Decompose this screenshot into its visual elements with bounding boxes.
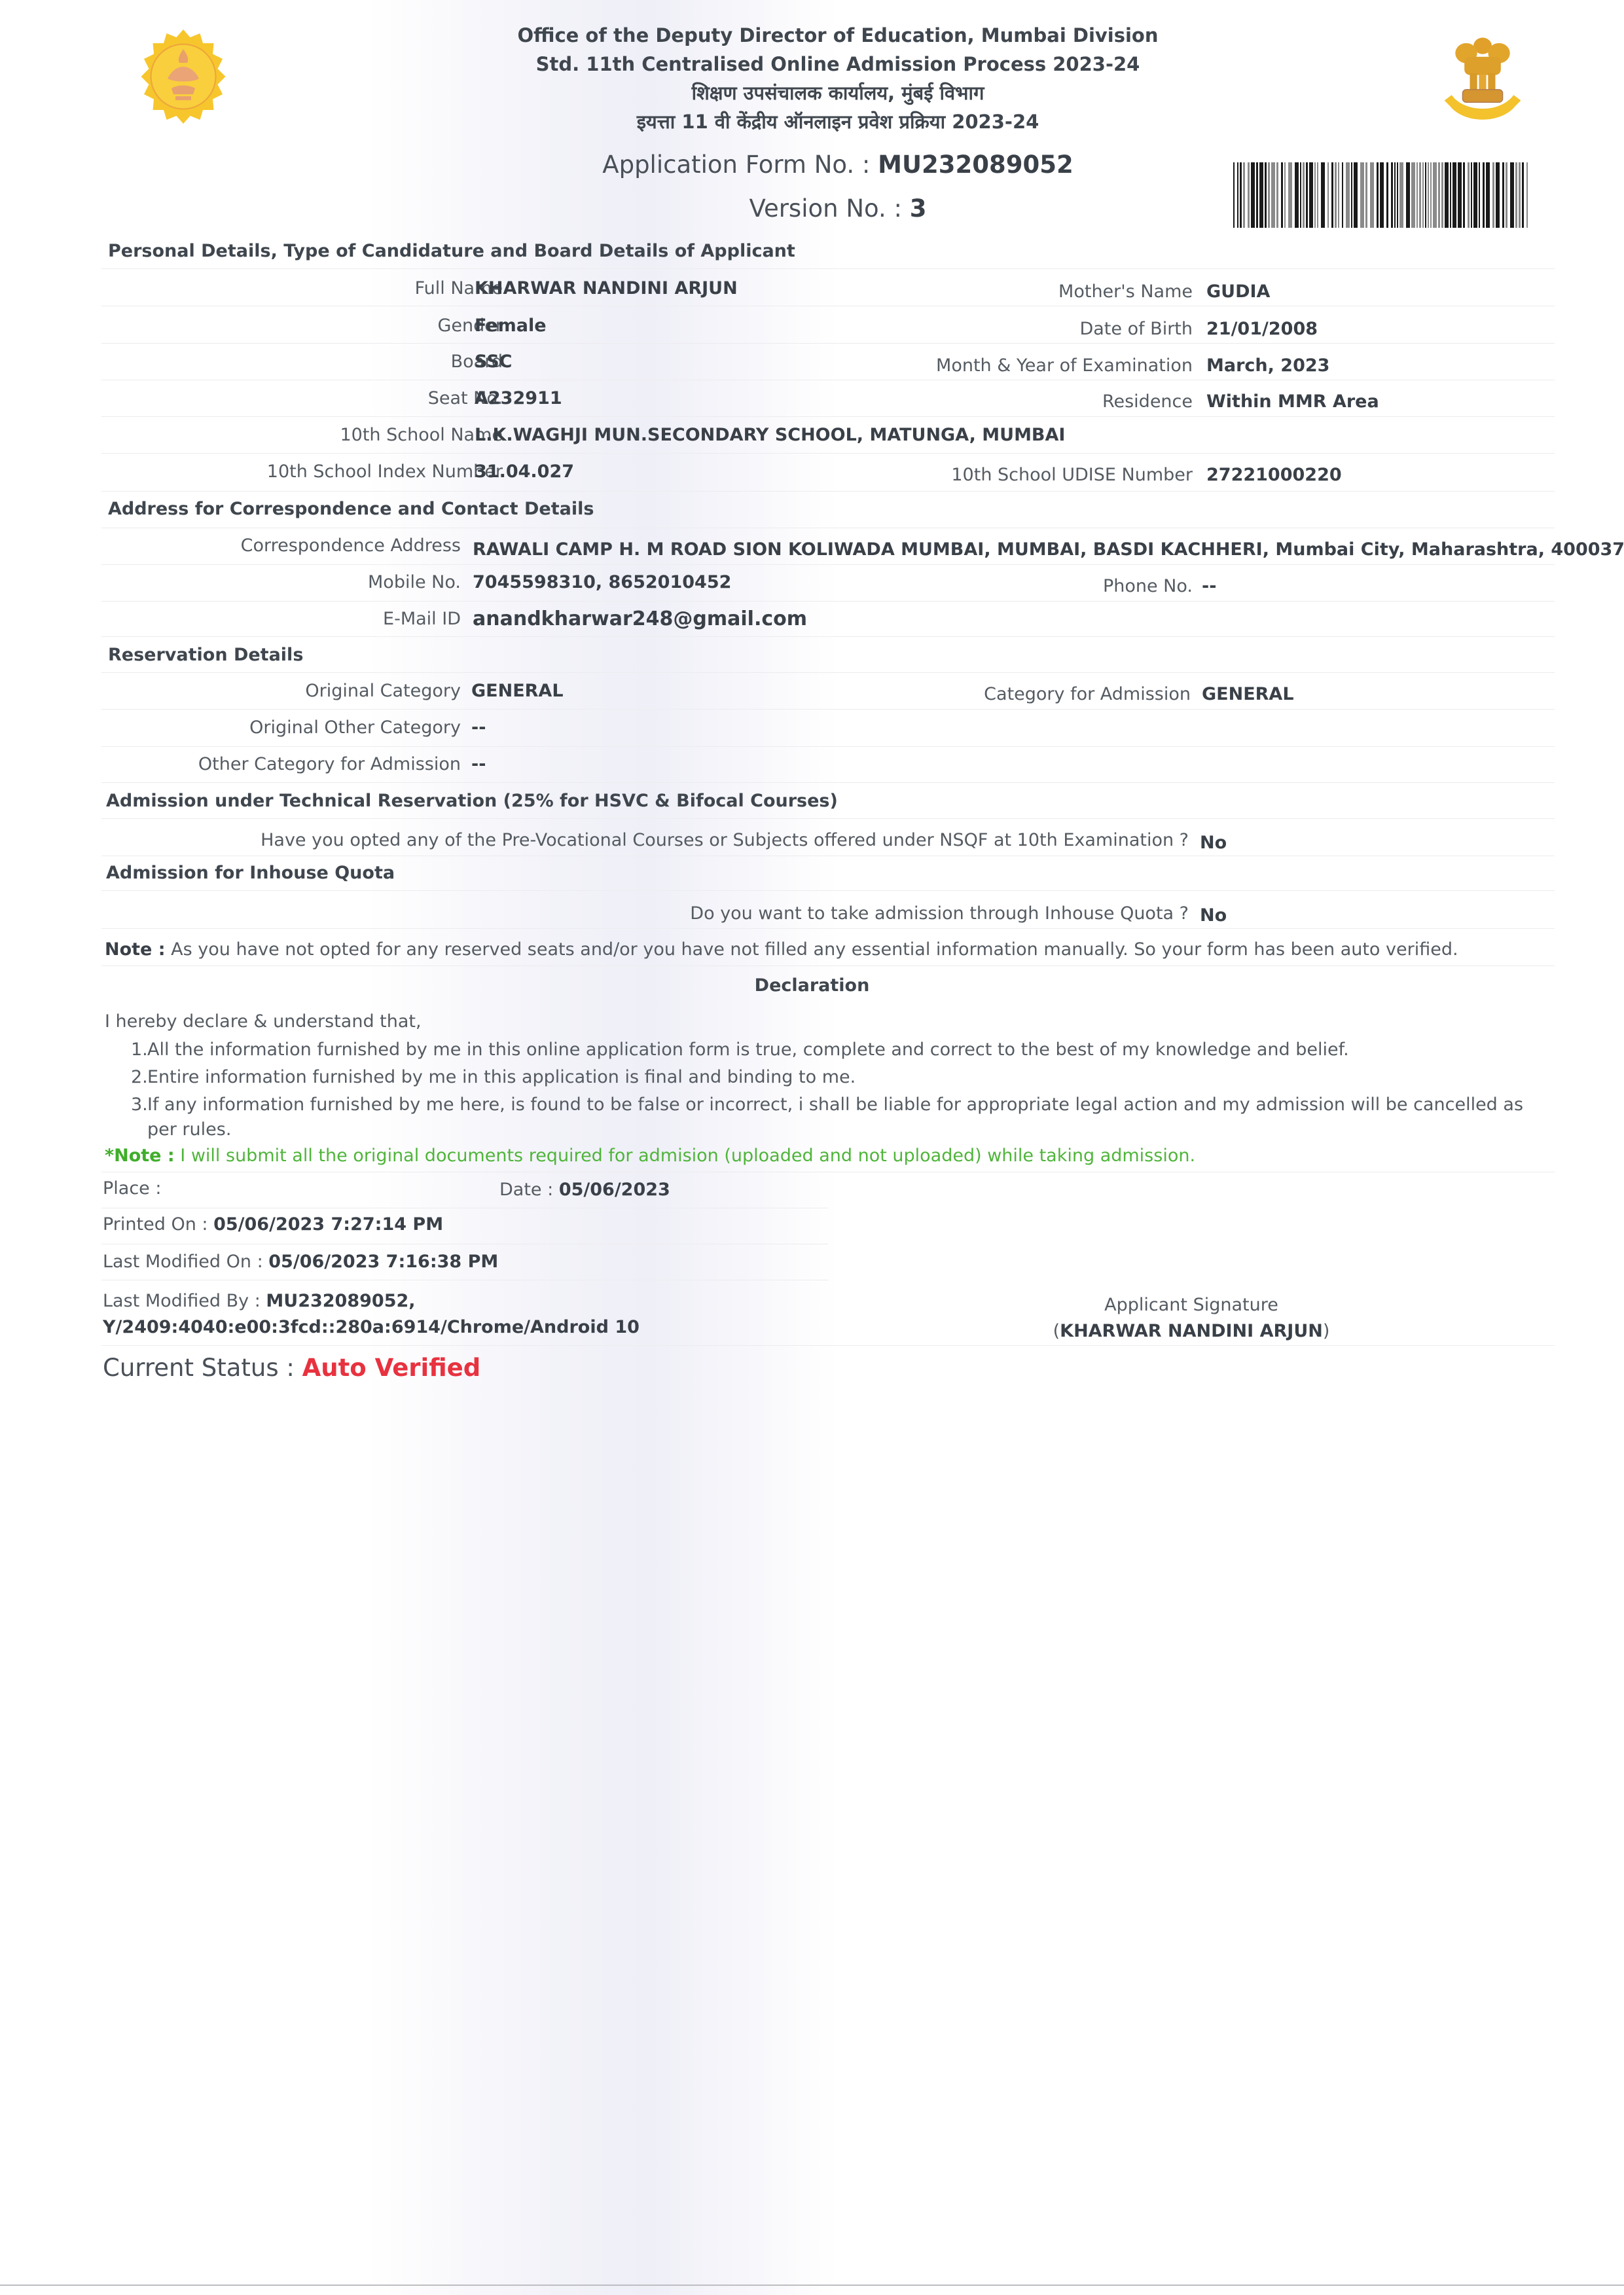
original-other-category-value: -- [471,717,486,738]
nsqf-answer: No [1200,833,1227,853]
gender-value: Female [475,316,547,336]
school-index-label: 10th School Index Number [267,461,503,482]
form-number-value: MU232089052 [878,151,1074,179]
mobile-label: Mobile No. [368,572,461,592]
mother-name-value: GUDIA [1206,281,1270,302]
row-divider [101,343,1555,344]
place-field: Place : [103,1178,161,1199]
version-number: Version No. : 3 [458,194,1218,223]
udise-label: 10th School UDISE Number [951,465,1193,485]
seat-no-value: A232911 [475,388,562,408]
inhouse-question: Do you want to take admission through In… [690,903,1189,924]
correspondence-address-label: Correspondence Address [241,535,461,556]
row-divider [101,672,1555,673]
row-divider [101,636,1555,637]
last-modified-on-field: Last Modified On : 05/06/2023 7:16:38 PM [103,1252,498,1272]
dob-value: 21/01/2008 [1206,319,1318,339]
dob-label: Date of Birth [1079,319,1193,339]
board-value: SSC [475,352,513,372]
documents-note: *Note : I will submit all the original d… [105,1146,1195,1166]
declaration-list: 1.All the information furnished by me in… [131,1038,1558,1145]
residence-label: Residence [1102,391,1193,412]
declaration-item: 1.All the information furnished by me in… [131,1038,1558,1062]
mobile-value: 7045598310, 8652010452 [473,572,731,592]
declaration-intro: I hereby declare & understand that, [105,1011,422,1032]
admission-category-value: GENERAL [1202,684,1294,704]
mother-name-label: Mother's Name [1058,281,1193,302]
row-divider [101,1208,828,1208]
barcode-image [1228,157,1536,232]
row-divider [101,1172,1555,1172]
date-value: 05/06/2023 [559,1180,670,1200]
row-divider [101,818,1555,819]
section-reservation: Reservation Details [108,645,303,665]
row-divider [101,782,1555,783]
row-divider [101,890,1555,891]
date-field: Date : 05/06/2023 [499,1180,670,1200]
school-index-value: 31.04.027 [475,461,574,482]
phone-value: -- [1202,576,1216,596]
school-name-value: L.K.WAGHJI MUN.SECONDARY SCHOOL, MATUNGA… [475,425,1065,445]
admission-category-label: Category for Admission [984,684,1191,704]
row-divider [101,564,1555,565]
row-divider [101,306,1555,306]
row-divider [101,746,1555,747]
header-title-block: Office of the Deputy Director of Educati… [458,21,1218,136]
exam-month-year-label: Month & Year of Examination [936,355,1193,376]
printed-on-value: 05/06/2023 7:27:14 PM [213,1214,443,1235]
row-divider [101,453,1555,454]
other-category-admission-value: -- [471,754,486,774]
phone-label: Phone No. [1103,576,1193,596]
section-personal-details: Personal Details, Type of Candidature an… [108,241,795,261]
declaration-title: Declaration [0,975,1624,996]
section-technical-reservation: Admission under Technical Reservation (2… [106,791,838,811]
header-process-marathi: इयत्ता 11 वी केंद्रीय ऑनलाइन प्रवेश प्रक… [458,107,1218,136]
printed-on-field: Printed On : 05/06/2023 7:27:14 PM [103,1214,443,1235]
exam-month-year-value: March, 2023 [1206,355,1329,376]
declaration-item: 2.Entire information furnished by me in … [131,1065,1558,1090]
declaration-item: 3.If any information furnished by me her… [131,1093,1558,1142]
row-divider [101,928,1555,929]
residence-value: Within MMR Area [1206,391,1379,412]
row-divider [101,1244,828,1244]
header-office-marathi: शिक्षण उपसंचालक कार्यालय, मुंबई विभाग [458,79,1218,107]
header-office: Office of the Deputy Director of Educati… [458,21,1218,50]
status-value: Auto Verified [302,1354,481,1382]
row-divider [101,856,1555,856]
maharashtra-seal-icon [134,27,232,126]
other-category-admission-label: Other Category for Admission [198,754,461,774]
original-category-label: Original Category [305,681,461,701]
email-label: E-Mail ID [383,609,461,629]
header-process: Std. 11th Centralised Online Admission P… [458,50,1218,79]
email-value: anandkharwar248@gmail.com [473,607,807,630]
row-divider [101,1345,1555,1346]
row-divider [101,709,1555,710]
application-form-number: Application Form No. : MU232089052 [458,151,1218,179]
full-name-value: KHARWAR NANDINI ARJUN [475,278,738,298]
section-inhouse-quota: Admission for Inhouse Quota [106,863,395,883]
correspondence-address-value: RAWALI CAMP H. M ROAD SION KOLIWADA MUMB… [473,539,1624,560]
section-address: Address for Correspondence and Contact D… [108,499,594,519]
udise-value: 27221000220 [1206,465,1342,485]
row-divider [101,416,1555,417]
row-divider [101,1280,828,1280]
inhouse-answer: No [1200,905,1227,926]
row-divider [101,601,1555,602]
national-emblem-icon [1437,29,1528,134]
row-divider [101,966,1555,966]
nsqf-question: Have you opted any of the Pre-Vocational… [261,830,1189,850]
auto-verified-note: Note : As you have not opted for any res… [105,939,1458,960]
page-edge [0,2285,1624,2286]
row-divider [101,528,1555,528]
current-status: Current Status : Auto Verified [103,1354,480,1382]
row-divider [101,380,1555,380]
last-modified-by-field: Last Modified By : MU232089052, Y/2409:4… [103,1288,640,1341]
last-modified-on-value: 05/06/2023 7:16:38 PM [268,1252,498,1272]
applicant-signature-label: Applicant Signature [1034,1295,1348,1315]
version-value: 3 [910,194,927,223]
applicant-signature-name: (KHARWAR NANDINI ARJUN) [1034,1321,1348,1341]
row-divider [101,268,1555,269]
original-other-category-label: Original Other Category [249,717,461,738]
document-header: Office of the Deputy Director of Educati… [0,0,1624,147]
original-category-value: GENERAL [471,681,564,701]
last-modified-by-id: MU232089052, [266,1291,415,1311]
last-modified-by-device: Y/2409:4040:e00:3fcd::280a:6914/Chrome/A… [103,1317,640,1337]
row-divider [101,491,1555,492]
